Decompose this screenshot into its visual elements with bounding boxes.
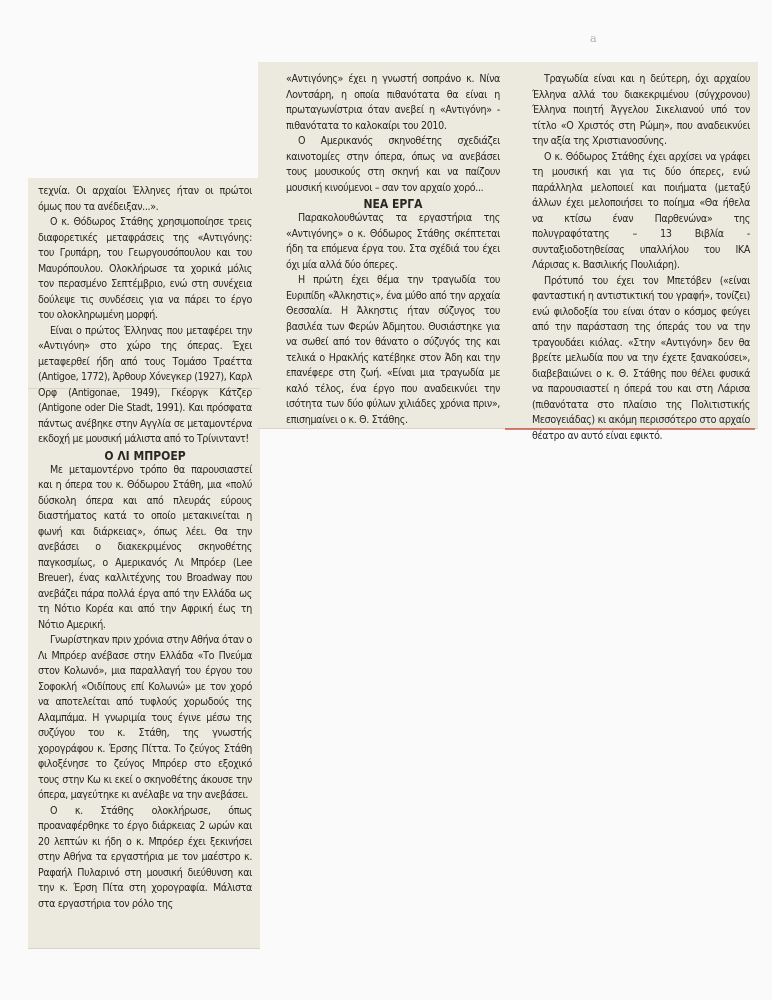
paragraph: Ο κ. Θόδωρος Στάθης έχει αρχίσει να γράφ… <box>532 150 750 274</box>
paragraph: Πρότυπό του έχει τον Μπετόβεν («είναι φα… <box>532 274 750 445</box>
paragraph: τεχνία. Οι αρχαίοι Έλληνες ήταν οι πρώτο… <box>38 184 252 215</box>
paragraph: Παρακολουθώντας τα εργαστήρια της «Αντιγ… <box>286 211 500 273</box>
paragraph: Τραγωδία είναι και η δεύτερη, όχι αρχαίο… <box>532 72 750 150</box>
paragraph: Είναι ο πρώτος Έλληνας που μεταφέρει την… <box>38 324 252 448</box>
pencil-mark: a <box>590 32 597 45</box>
section-heading-new-works: ΝΕΑ ΕΡΓΑ <box>286 197 500 211</box>
article-column-2: «Αντιγόνης» έχει η γνωστή σοπράνο κ. Νίν… <box>286 72 500 428</box>
paragraph: Γνωρίστηκαν πριν χρόνια στην Αθήνα όταν … <box>38 633 252 804</box>
article-column-1: τεχνία. Οι αρχαίοι Έλληνες ήταν οι πρώτο… <box>38 184 252 912</box>
paragraph: Ο Αμερικανός σκηνοθέτης σχεδιάζει καινοτ… <box>286 134 500 196</box>
paragraph: Με μεταμοντέρνο τρόπο θα παρουσιαστεί κα… <box>38 463 252 634</box>
paragraph: «Αντιγόνης» έχει η γνωστή σοπράνο κ. Νίν… <box>286 72 500 134</box>
section-heading-li-breuer: Ο ΛΙ ΜΠΡΟΕΡ <box>38 449 252 463</box>
paragraph: Ο κ. Στάθης ολοκλήρωσε, όπως προαναφέρθη… <box>38 804 252 913</box>
paragraph: Ο κ. Θόδωρος Στάθης χρησιμοποίησε τρεις … <box>38 215 252 324</box>
paragraph: Η πρώτη έχει θέμα την τραγωδία του Ευριπ… <box>286 273 500 428</box>
article-column-3: Τραγωδία είναι και η δεύτερη, όχι αρχαίο… <box>532 72 750 444</box>
